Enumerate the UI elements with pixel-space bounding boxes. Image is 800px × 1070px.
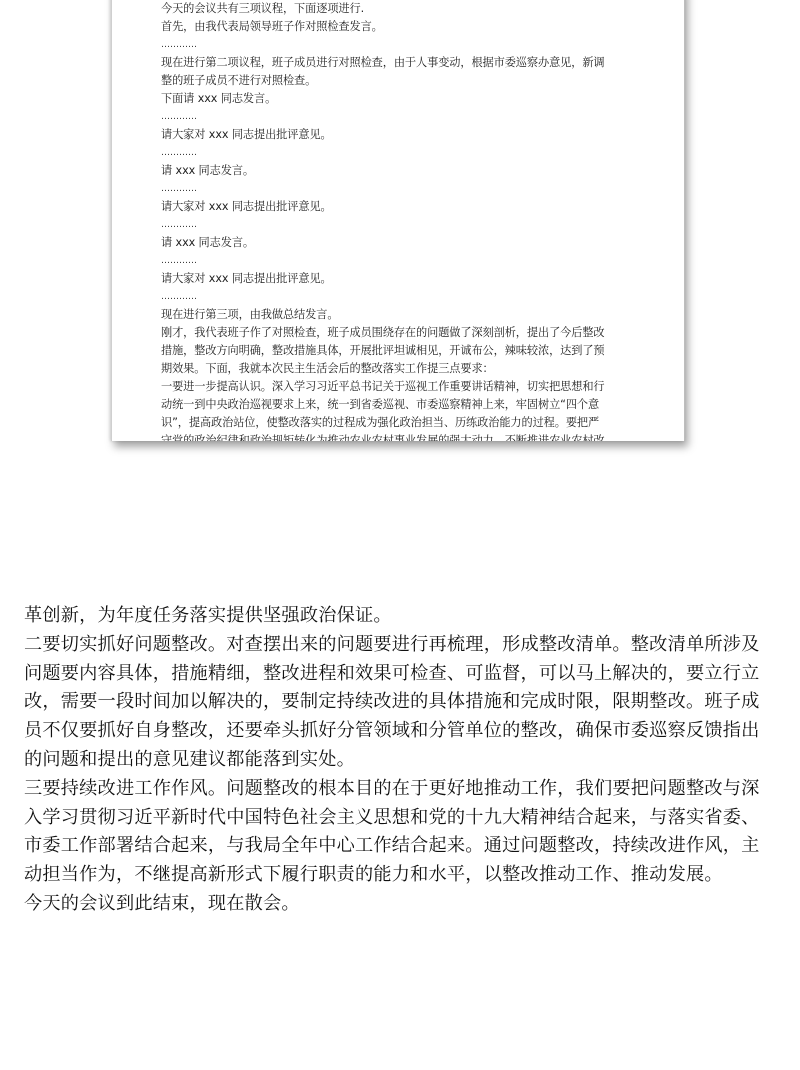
body-line: 问题要内容具体，措施精细，整改进程和效果可检查、可监督，可以马上解决的，要立行立 [24, 660, 784, 689]
body-line: 市委工作部署结合起来，与我局全年中心工作结合起来。通过问题整改，持续改进作风，主 [24, 832, 784, 861]
ellipsis-line: ………… [161, 216, 651, 234]
ellipsis-line: ………… [161, 144, 651, 162]
body-line: 动担当作为，不继提高新形式下履行职责的能力和水平，以整改推动工作、推动发展。 [24, 861, 784, 890]
preview-line: 措施，整改方向明确，整改措施具体，开展批评坦诚相见，开诚布公，辣味较浓，达到了预 [161, 342, 651, 360]
body-line: 员不仅要抓好自身整改，还要牵头抓好分管领域和分管单位的整改，确保市委巡察反馈指出 [24, 717, 784, 746]
preview-line: 下面请 xxx 同志发言。 [161, 90, 651, 108]
preview-line: 整的班子成员不进行对照检查。 [161, 72, 651, 90]
preview-line: 现在进行第二项议程，班子成员进行对照检查，由于人事变动，根据市委巡察办意见，新调 [161, 54, 651, 72]
preview-line: 请大家对 xxx 同志提出批评意见。 [161, 270, 651, 288]
preview-line: 请 xxx 同志发言。 [161, 162, 651, 180]
preview-line: 请大家对 xxx 同志提出批评意见。 [161, 126, 651, 144]
body-line: 改，需要一段时间加以解决的，要制定持续改进的具体措施和完成时限，限期整改。班子成 [24, 688, 784, 717]
preview-line: 请大家对 xxx 同志提出批评意见。 [161, 198, 651, 216]
body-line: 入学习贯彻习近平新时代中国特色社会主义思想和党的十九大精神结合起来，与落实省委、 [24, 804, 784, 833]
preview-line: 请 xxx 同志发言。 [161, 234, 651, 252]
page-preview-content: 今天的会议共有三项议程，下面逐项进行. 首先，由我代表局领导班子作对照检查发言。… [161, 0, 651, 441]
preview-line: 一要进一步提高认识。深入学习习近平总书记关于巡视工作重要讲话精神，切实把思想和行 [161, 378, 651, 396]
body-text-block: 革创新，为年度任务落实提供坚强政治保证。 二要切实抓好问题整改。对查摆出来的问题… [24, 602, 784, 919]
body-line: 三要持续改进工作作风。问题整改的根本目的在于更好地推动工作，我们要把问题整改与深 [24, 775, 784, 804]
body-line: 革创新，为年度任务落实提供坚强政治保证。 [24, 602, 784, 631]
preview-line: 守党的政治纪律和政治规矩转化为推动农业农村事业发展的强大动力，不断推进农业农村改 [161, 432, 651, 441]
document-page-preview: 今天的会议共有三项议程，下面逐项进行. 首先，由我代表局领导班子作对照检查发言。… [111, 0, 685, 441]
preview-line: 期效果。下面，我就本次民主生活会后的整改落实工作提三点要求： [161, 360, 651, 378]
ellipsis-line: ………… [161, 180, 651, 198]
preview-line: 今天的会议共有三项议程，下面逐项进行. [161, 0, 651, 18]
body-line: 二要切实抓好问题整改。对查摆出来的问题要进行再梳理，形成整改清单。整改清单所涉及 [24, 631, 784, 660]
ellipsis-line: ………… [161, 252, 651, 270]
body-line: 的问题和提出的意见建议都能落到实处。 [24, 746, 784, 775]
ellipsis-line: ………… [161, 36, 651, 54]
preview-line: 动统一到中央政治巡视要求上来，统一到省委巡视、市委巡察精神上来，牢固树立“四个意 [161, 396, 651, 414]
preview-line: 识”，提高政治站位，使整改落实的过程成为强化政治担当、历练政治能力的过程。要把严 [161, 414, 651, 432]
ellipsis-line: ………… [161, 288, 651, 306]
preview-line: 刚才，我代表班子作了对照检查，班子成员围绕存在的问题做了深刻剖析，提出了今后整改 [161, 324, 651, 342]
body-line: 今天的会议到此结束，现在散会。 [24, 890, 784, 919]
preview-line: 现在进行第三项，由我做总结发言。 [161, 306, 651, 324]
ellipsis-line: ………… [161, 108, 651, 126]
preview-line: 首先，由我代表局领导班子作对照检查发言。 [161, 18, 651, 36]
